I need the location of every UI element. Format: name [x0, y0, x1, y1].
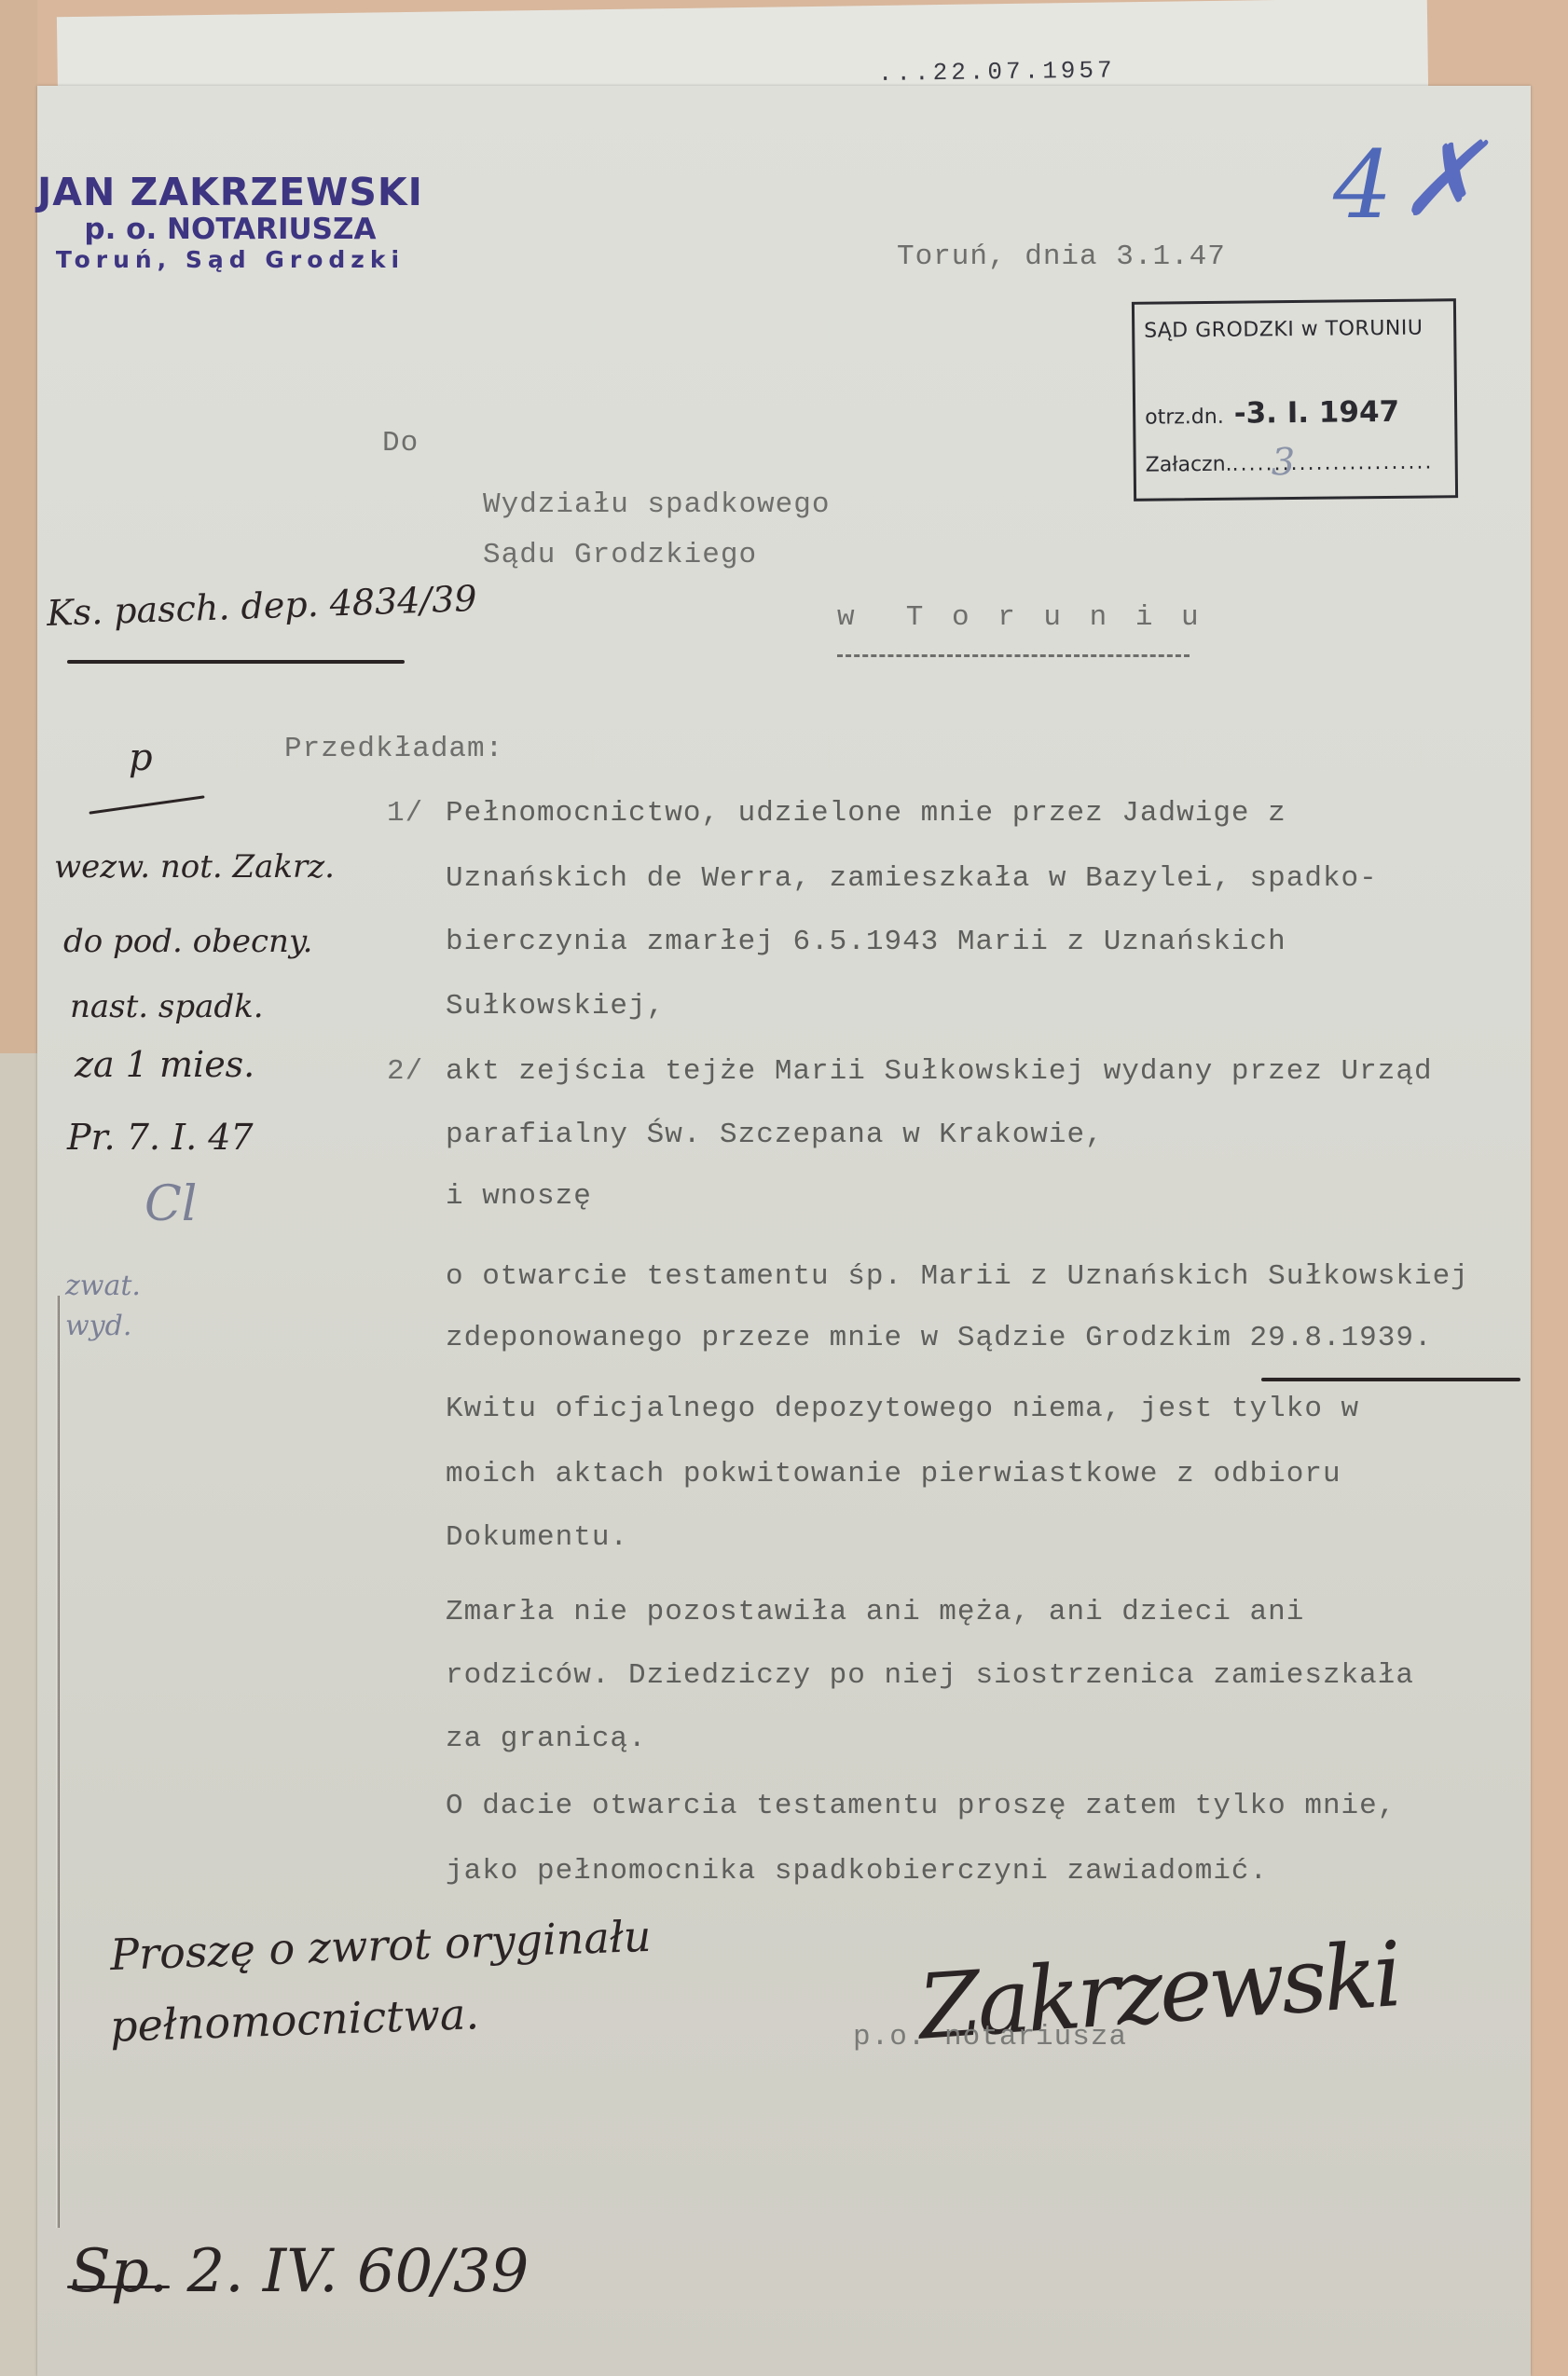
- city-underline: [837, 654, 1190, 657]
- body-line: Zmarła nie pozostawiła ani męża, ani dzi…: [446, 1596, 1304, 1628]
- addressee-city: w T o r u n i u: [837, 601, 1204, 634]
- received-label: otrz.dn.: [1145, 405, 1224, 430]
- file-number: Sp. 2. IV. 60/39: [70, 2237, 529, 2306]
- item2-number: 2/: [387, 1055, 423, 1088]
- request-intro: i wnoszę: [446, 1180, 592, 1213]
- initials: Cl: [144, 1176, 197, 1232]
- body-line: Kwitu oficjalnego depozytowego niema, je…: [446, 1393, 1359, 1425]
- case-reference-underline: [67, 660, 405, 664]
- binding-thread: [56, 1296, 60, 2228]
- body-line: za granicą.: [446, 1723, 647, 1755]
- pencil-note-line: zwat.: [65, 1270, 141, 1302]
- attachments-label: Załaczn.: [1146, 453, 1232, 477]
- notary-letterhead-stamp: JAN ZAKRZEWSKI p. o. NOTARIUSZA Toruń, S…: [37, 170, 423, 273]
- addressee-line2: Sądu Grodzkiego: [483, 539, 757, 571]
- body-line: rodziców. Dziedziczy po niej siostrzenic…: [446, 1659, 1414, 1692]
- body-line: o otwarcie testamentu śp. Marii z Uznańs…: [446, 1260, 1469, 1293]
- margin-instruction-line: do pod. obecny.: [63, 923, 312, 960]
- margin-mark: p: [129, 736, 153, 779]
- item1-line: Pełnomocnictwo, udzielone mnie przez Jad…: [446, 797, 1286, 830]
- signature-caption: p.o. notariusza: [853, 2021, 1127, 2053]
- file-number-strike: [67, 2286, 170, 2288]
- body-line: O dacie otwarcia testamentu proszę zatem…: [446, 1790, 1396, 1822]
- term-note: za 1 mies.: [75, 1044, 254, 1085]
- item2-line: akt zejścia tejże Marii Sułkowskiej wyda…: [446, 1055, 1433, 1088]
- item2-line: parafialny Św. Szczepana w Krakowie,: [446, 1119, 1104, 1151]
- place-date: Toruń, dnia 3.1.47: [897, 240, 1226, 273]
- item1-line: bierczynia zmarłej 6.5.1943 Marii z Uzna…: [446, 926, 1286, 958]
- folio-number: 4: [1333, 130, 1393, 240]
- court-receipt-stamp: SĄD GRODZKI w TORUNIU otrz.dn. -3. I. 19…: [1132, 298, 1458, 501]
- deposit-date-underline: [1261, 1378, 1520, 1381]
- notary-name: JAN ZAKRZEWSKI: [37, 170, 423, 214]
- received-date: -3. I. 1947: [1234, 395, 1400, 431]
- body-line: jako pełnomocnika spadkobierczyni zawiad…: [446, 1855, 1268, 1888]
- folio-cross-mark-icon: ✗: [1398, 119, 1484, 239]
- date-note: Pr. 7. I. 47: [67, 1117, 254, 1158]
- attachments-value: 3: [1271, 441, 1295, 484]
- body-line: Dokumentu.: [446, 1521, 628, 1554]
- body-line: zdeponowanego przeze mnie w Sądzie Grodz…: [446, 1322, 1433, 1354]
- notary-location: Toruń, Sąd Grodzki: [37, 246, 423, 273]
- item1-line: Uznańskich de Werra, zamieszkała w Bazyl…: [446, 862, 1378, 895]
- item1-line: Sułkowskiej,: [446, 990, 665, 1023]
- margin-instruction-line: nast. spadk.: [70, 988, 264, 1025]
- item1-number: 1/: [387, 797, 423, 830]
- body-intro: Przedkładam:: [284, 733, 503, 765]
- margin-instruction-line: wezw. not. Zakrz.: [54, 848, 335, 886]
- addressee-to: Do: [382, 427, 419, 460]
- pencil-note-line: wyd.: [65, 1310, 131, 1342]
- notary-title: p. o. NOTARIUSZA: [37, 213, 423, 246]
- underlying-sheet-text: ...22.07.1957: [878, 56, 1116, 88]
- addressee-line1: Wydziału spadkowego: [483, 488, 830, 521]
- body-line: moich aktach pokwitowanie pierwiastkowe …: [446, 1458, 1341, 1490]
- folder-edge-lower: [0, 1053, 37, 2376]
- court-stamp-title: SĄD GRODZKI w TORUNIU: [1144, 317, 1423, 343]
